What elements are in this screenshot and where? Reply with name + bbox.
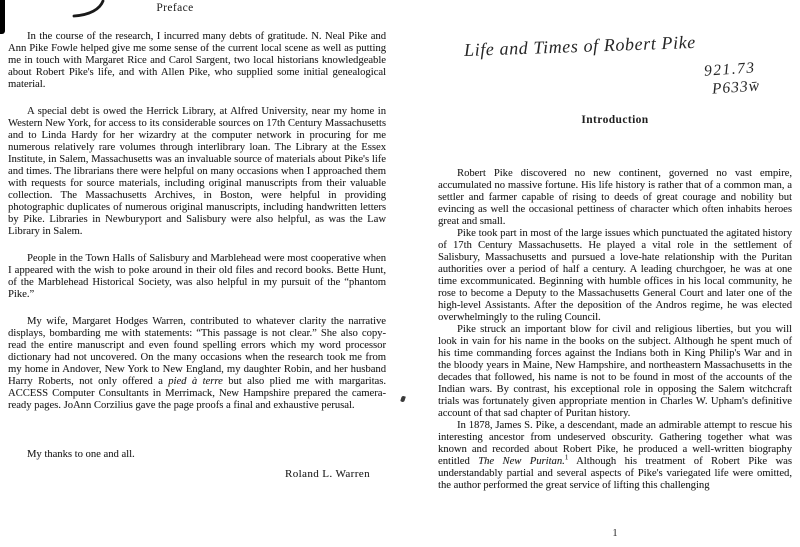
closing-line: My thanks to one and all. — [8, 449, 386, 460]
handwritten-cutter-number: P633w̄ — [711, 77, 760, 98]
paragraph: A special debt is owed the Herrick Libra… — [8, 106, 386, 238]
paragraph: In the course of the research, I incurre… — [8, 31, 386, 91]
preface-heading: Preface — [0, 2, 364, 14]
page-number: 1 — [438, 528, 792, 539]
handwritten-title: Life and Times of Robert Pike — [464, 32, 696, 61]
paragraph: Robert Pike discovered no new continent,… — [438, 168, 792, 228]
preface-body: In the course of the research, I incurre… — [8, 31, 386, 412]
paragraph: Pike took part in most of the large issu… — [438, 228, 792, 324]
paragraph: Pike struck an important blow for civil … — [438, 324, 792, 420]
left-page: Preface In the course of the research, I… — [8, 0, 386, 547]
book-scan: Preface In the course of the research, I… — [0, 0, 800, 547]
paragraph: In 1878, James S. Pike, a descendant, ma… — [438, 420, 792, 492]
ink-speck — [400, 396, 406, 403]
paragraph: My wife, Margaret Hodges Warren, contrib… — [8, 316, 386, 412]
author-signature: Roland L. Warren — [285, 468, 370, 480]
introduction-heading: Introduction — [438, 114, 792, 126]
introduction-body: Robert Pike discovered no new continent,… — [438, 168, 792, 492]
right-page: Life and Times of Robert Pike 921.73 P63… — [438, 0, 792, 547]
paragraph: People in the Town Halls of Salisbury an… — [8, 253, 386, 301]
